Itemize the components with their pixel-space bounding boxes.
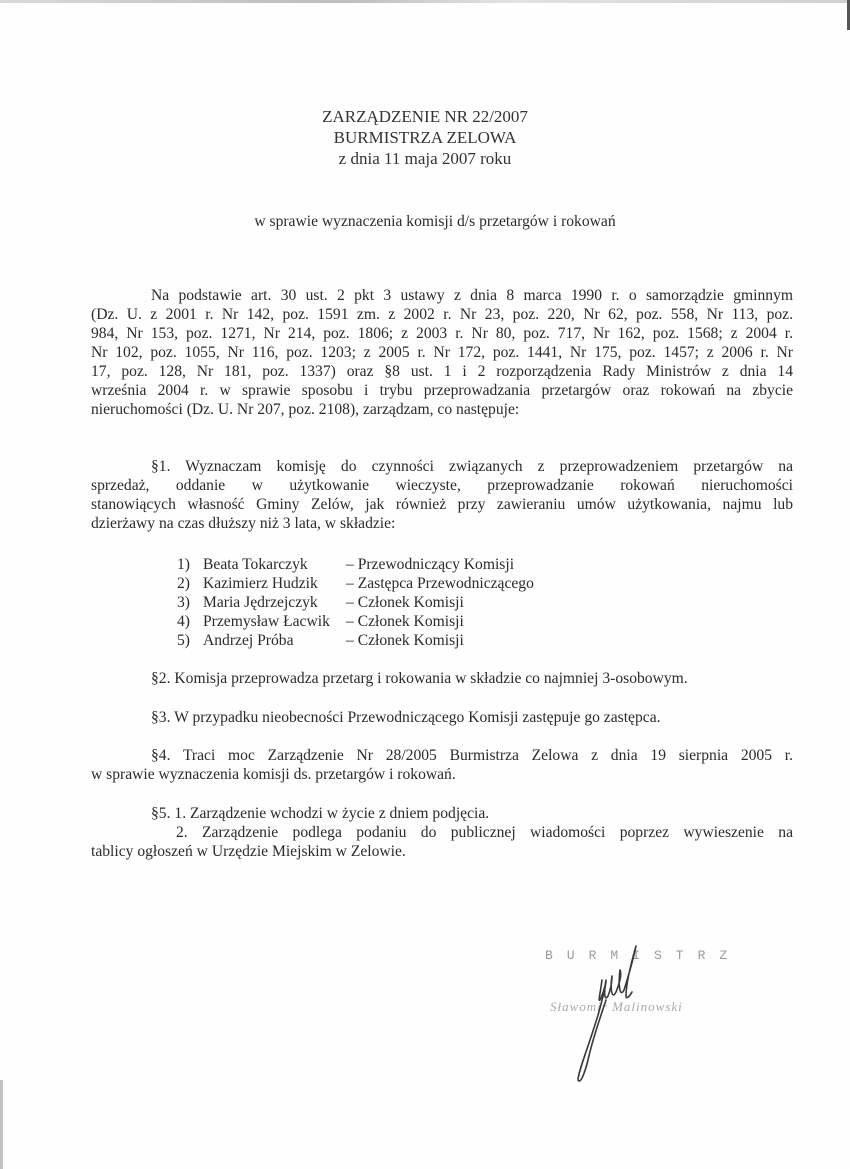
member-name: Andrzej Próba (203, 631, 294, 650)
handwritten-signature-icon (540, 940, 760, 1090)
member-role: – Członek Komisji (346, 593, 464, 612)
scan-edge-left (0, 1080, 3, 1169)
section-1-line: stanowiących własność Gminy Zelów, jak r… (91, 495, 793, 514)
preamble-line: 984, Nr 153, poz. 1271, Nr 214, poz. 180… (91, 324, 793, 343)
section-4-line: §4. Traci moc Zarządzenie Nr 28/2005 Bur… (151, 746, 793, 765)
preamble-line: 17, poz. 128, Nr 181, poz. 1337) oraz §8… (91, 362, 793, 381)
section-5-point-2-line: tablicy ogłoszeń w Urzędzie Miejskim w Z… (91, 842, 406, 861)
document-page: ZARZĄDZENIE NR 22/2007 BURMISTRZA ZELOWA… (0, 0, 850, 1169)
section-3: §3. W przypadku nieobecności Przewodnicz… (151, 708, 661, 727)
section-4-line: w sprawie wyznaczenia komisji ds. przeta… (91, 765, 456, 784)
section-2: §2. Komisja przeprowadza przetarg i roko… (151, 669, 688, 688)
preamble-line: nieruchomości (Dz. U. Nr 207, poz. 2108)… (91, 400, 793, 419)
member-role: – Przewodniczący Komisji (346, 555, 514, 574)
document-date: z dnia 11 maja 2007 roku (0, 149, 850, 168)
member-name: Beata Tokarczyk (203, 555, 308, 574)
member-role: – Zastępca Przewodniczącego (346, 574, 534, 593)
preamble-line: (Dz. U. z 2001 r. Nr 142, poz. 1591 zm. … (91, 305, 793, 324)
member-number: 3) (177, 593, 190, 612)
member-role: – Członek Komisji (346, 612, 464, 631)
member-number: 2) (177, 574, 190, 593)
member-name: Kazimierz Hudzik (203, 574, 318, 593)
member-number: 1) (177, 555, 190, 574)
section-1-line: dzierżawy na czas dłuższy niż 3 lata, w … (91, 514, 793, 533)
section-1-line: §1. Wyznaczam komisję do czynności związ… (151, 457, 793, 476)
preamble-line: Nr 102, poz. 1055, Nr 116, poz. 1203; z … (91, 343, 793, 362)
preamble-line: Na podstawie art. 30 ust. 2 pkt 3 ustawy… (151, 286, 793, 305)
preamble-line: września 2004 r. w sprawie sposobu i try… (91, 381, 793, 400)
signature-block: BURMISTRZ Sławomir Malinowski (540, 940, 760, 1090)
document-subject: w sprawie wyznaczenia komisji d/s przeta… (10, 212, 850, 231)
document-issuer: BURMISTRZA ZELOWA (0, 128, 850, 147)
scan-edge-top (0, 0, 850, 3)
member-number: 5) (177, 631, 190, 650)
member-name: Maria Jędrzejczyk (203, 593, 318, 612)
section-5-point-2-line: 2. Zarządzenie podlega podaniu do public… (176, 823, 793, 842)
document-title: ZARZĄDZENIE NR 22/2007 (0, 107, 850, 126)
section-5-point-1: §5. 1. Zarządzenie wchodzi w życie z dni… (151, 804, 489, 823)
member-name: Przemysław Łacwik (203, 612, 330, 631)
member-role: – Członek Komisji (346, 631, 464, 650)
member-number: 4) (177, 612, 190, 631)
section-1-line: sprzedaż, oddanie w użytkowanie wieczyst… (91, 476, 793, 495)
